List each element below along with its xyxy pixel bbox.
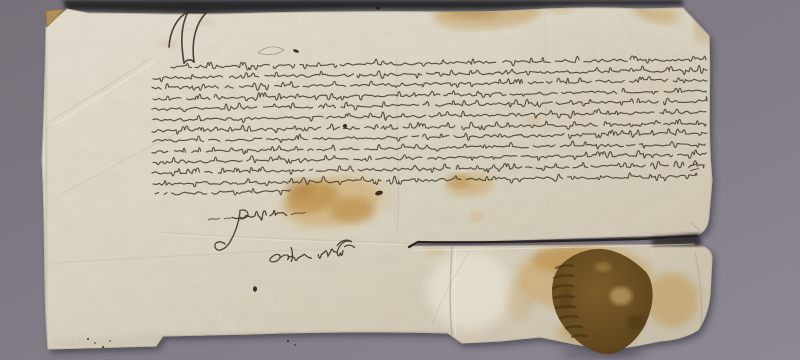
stain-blob <box>447 174 471 188</box>
dark-fleck <box>343 124 347 128</box>
dark-fleck <box>94 342 96 344</box>
seal-patch <box>627 315 645 329</box>
dark-fleck <box>287 340 289 342</box>
dark-fleck <box>87 338 89 340</box>
parchment-texture <box>0 0 800 360</box>
dark-fleck <box>294 344 296 346</box>
stain-blob <box>646 273 698 327</box>
flourish-stroke <box>188 12 206 13</box>
photo-of-parchment-charter <box>0 0 800 360</box>
dark-fleck <box>109 340 110 341</box>
stain-blob <box>471 211 483 221</box>
tongue-highlight <box>428 250 512 330</box>
parchment-sheet <box>0 0 800 360</box>
seal-patch <box>610 287 632 305</box>
stain-blob <box>506 280 534 320</box>
stain-blob <box>330 197 374 223</box>
left-edge-inner-shadow <box>45 40 47 345</box>
parchment-photo-canvas <box>0 0 800 360</box>
seal-patch <box>595 262 611 272</box>
seal-patch <box>560 288 572 312</box>
dark-fleck <box>376 7 381 10</box>
sheet-shading <box>505 30 695 150</box>
dark-fleck <box>253 286 257 292</box>
dark-fleck <box>102 346 104 348</box>
stain-blob <box>425 248 445 256</box>
